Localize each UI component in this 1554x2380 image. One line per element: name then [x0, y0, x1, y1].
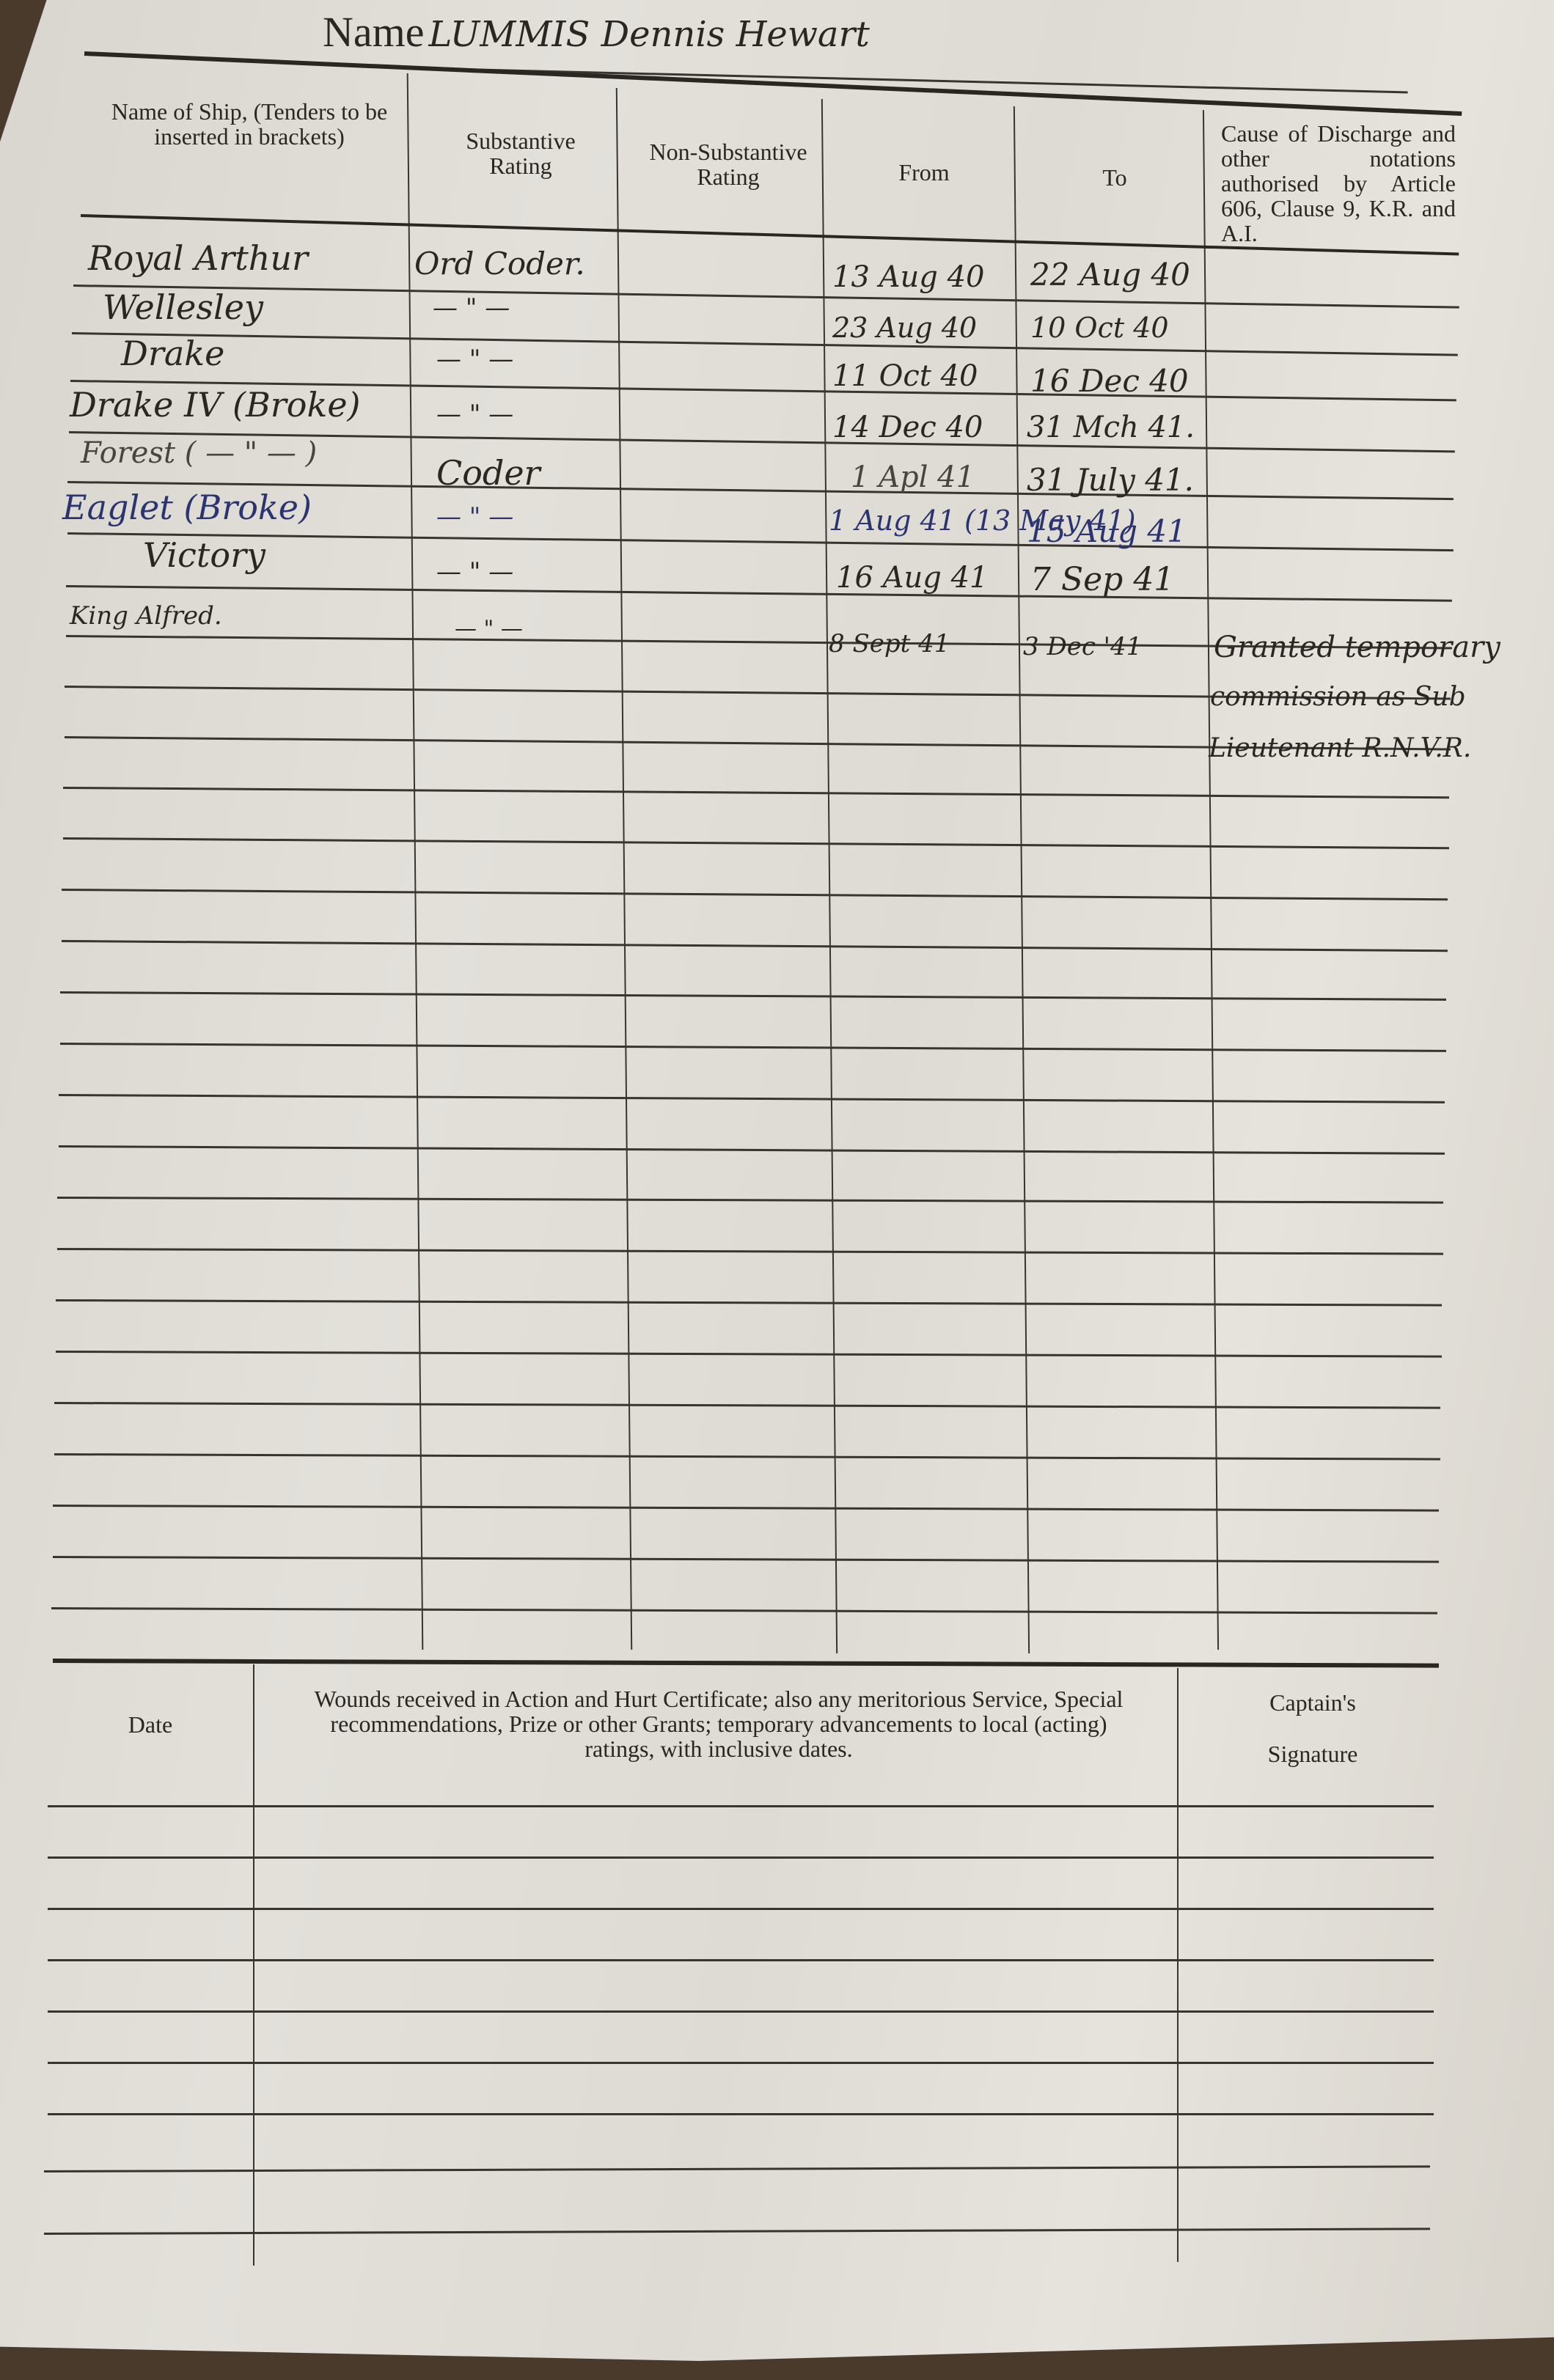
row-line	[63, 787, 1449, 798]
from-cell: 14 Dec 40	[832, 411, 983, 444]
from-cell: 16 Aug 41	[836, 561, 988, 595]
row-line	[48, 1908, 1434, 1910]
ship-cell: Drake IV (Broke)	[70, 385, 361, 425]
row-line	[73, 284, 1459, 309]
row-line	[57, 1197, 1443, 1204]
row-line	[44, 2227, 1430, 2235]
to-cell: 3 Dec '41	[1023, 632, 1142, 661]
col-divider	[1203, 110, 1219, 1650]
rating-cell: — " —	[455, 616, 523, 642]
ship-cell: Royal Arthur	[88, 238, 308, 278]
row-line	[51, 1607, 1437, 1615]
from-cell: 23 Aug 40	[832, 312, 977, 344]
col-divider	[253, 1664, 254, 2266]
col-header-substantive-rating: Substantive Rating	[440, 128, 601, 178]
row-line	[56, 1351, 1442, 1358]
row-line	[54, 1402, 1440, 1409]
name-label: Name	[323, 8, 425, 56]
col-header-ship: Name of Ship, (Tenders to be inserted in…	[103, 99, 396, 149]
to-cell: 10 Oct 40	[1030, 312, 1169, 344]
awards-description-header: Wounds received in Action and Hurt Certi…	[308, 1686, 1129, 1761]
row-line	[48, 2062, 1434, 2064]
to-cell: 31 July 41.	[1027, 462, 1194, 498]
col-divider	[1177, 1668, 1179, 2262]
to-cell: 7 Sep 41	[1030, 561, 1174, 598]
row-line	[63, 837, 1449, 849]
rating-cell: — " —	[433, 293, 510, 323]
ship-cell: Eaglet (Broke)	[62, 488, 312, 527]
row-line	[48, 2113, 1434, 2115]
col-header-from: From	[836, 160, 1012, 185]
name-field: NameLUMMIS Dennis Hewart	[323, 7, 870, 56]
row-line	[48, 1856, 1434, 1859]
rating-cell: — " —	[436, 502, 513, 532]
row-line	[72, 332, 1458, 356]
from-cell: 13 Aug 40	[832, 260, 984, 294]
row-line	[48, 1959, 1434, 1961]
rating-cell: — " —	[436, 400, 513, 429]
ship-cell: King Alfred.	[70, 601, 222, 631]
row-line	[56, 1299, 1442, 1307]
to-cell: 15 Aug 41	[1027, 513, 1187, 549]
from-cell: 8 Sept 41	[829, 629, 950, 658]
col-divider	[616, 88, 632, 1650]
col-header-non-substantive-rating: Non-Substantive Rating	[629, 139, 827, 189]
name-value: LUMMIS Dennis Hewart	[429, 14, 870, 55]
discharge-note-line: Lieutenant R.N.V.R.	[1209, 733, 1471, 763]
row-line	[60, 991, 1446, 1001]
row-line	[48, 1805, 1434, 1807]
row-line	[54, 1453, 1440, 1461]
captain-signature-header-2: Signature	[1188, 1741, 1437, 1766]
ship-cell: Drake	[121, 334, 224, 373]
row-line	[62, 889, 1448, 900]
col-divider	[1014, 106, 1030, 1653]
discharge-note-line: Granted temporary	[1214, 631, 1500, 664]
discharge-note-line: commission as Sub	[1210, 682, 1466, 712]
awards-top-rule	[53, 1659, 1439, 1668]
ship-cell: Wellesley	[103, 287, 263, 327]
row-line	[66, 585, 1452, 602]
row-line	[53, 1556, 1439, 1563]
to-cell: 22 Aug 40	[1030, 257, 1190, 293]
ship-cell: Forest ( — " — )	[81, 436, 317, 470]
row-line	[59, 1094, 1445, 1103]
row-line	[44, 2165, 1430, 2173]
service-record-sheet: NameLUMMIS Dennis Hewart Name of Ship, (…	[0, 0, 1554, 2361]
row-line	[62, 940, 1448, 952]
rating-cell: Ord Coder.	[414, 246, 585, 282]
to-cell: 16 Dec 40	[1030, 363, 1189, 399]
from-cell: 11 Oct 40	[832, 359, 978, 393]
col-header-to: To	[1027, 165, 1203, 190]
row-line	[67, 532, 1454, 551]
col-header-cause-of-discharge: Cause of Discharge and other notations a…	[1221, 121, 1456, 246]
row-line	[57, 1248, 1443, 1255]
row-line	[60, 1043, 1446, 1052]
rating-cell: Coder	[436, 453, 540, 493]
from-cell: 1 Apl 41	[851, 460, 975, 494]
to-cell: 31 Mch 41.	[1027, 411, 1195, 444]
ship-cell: Victory	[143, 535, 265, 575]
rating-cell: — " —	[436, 557, 513, 587]
rating-cell: — " —	[436, 345, 513, 374]
row-line	[59, 1145, 1445, 1155]
awards-date-header: Date	[59, 1712, 242, 1737]
row-line	[53, 1505, 1439, 1512]
row-line	[48, 2010, 1434, 2013]
col-divider	[407, 73, 424, 1650]
captain-signature-header-1: Captain's	[1188, 1690, 1437, 1715]
